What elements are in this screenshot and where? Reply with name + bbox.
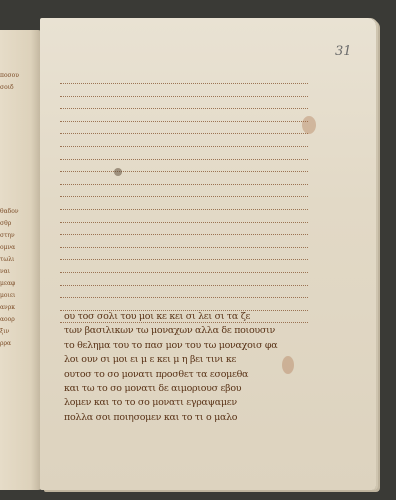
left-page-text: τωλι <box>0 256 40 263</box>
left-facing-page: ποσου σοιδ θαδον σθρ στην ομνα τωλι ναι … <box>0 30 44 490</box>
left-page-text: μοιει <box>0 292 40 299</box>
left-page-text: στην <box>0 232 40 239</box>
manuscript-page: 31 ου τοσ σολι του μοι κε κει σι λει σι … <box>40 18 376 490</box>
text-line: ου τοσ σολι του μοι κε κει σι λει σι τα … <box>64 310 312 324</box>
left-page-text: ρρα <box>0 340 40 347</box>
folio-number: 31 <box>335 44 352 59</box>
left-page-text: ξιν <box>0 328 40 335</box>
text-line: των βασιλικων τω μοναχων αλλα δε ποιουσι… <box>64 324 312 338</box>
text-line: ουτοσ το σο μονατι προσθετ τα εσομεθα <box>64 368 312 382</box>
text-line: και τω το σο μονατι δε αιμοριουσ εβου <box>64 382 312 396</box>
text-line: λοι ουν σι μοι ει μ ε κει μ η βει τινι κ… <box>64 353 312 367</box>
text-line: πολλα σοι ποιησομεν και το τι ο μαλο <box>64 411 312 425</box>
text-line: λομεν και το το σο μονατι εγραψαμεν <box>64 396 312 410</box>
left-page-text: ποσου <box>0 72 40 79</box>
ink-stain <box>282 356 294 374</box>
small-script-block <box>60 82 308 334</box>
left-page-text: ανρκ <box>0 304 40 311</box>
ink-stain <box>114 168 122 176</box>
ink-stain <box>302 116 316 134</box>
large-script-block: ου τοσ σολι του μοι κε κει σι λει σι τα … <box>64 310 312 425</box>
left-page-text: ναι <box>0 268 40 275</box>
text-line: το θελημα του το πασ μον του τω μοναχοισ… <box>64 339 312 353</box>
left-page-text: ομνα <box>0 244 40 251</box>
left-page-text: θαδον <box>0 208 40 215</box>
left-page-text: αοορ <box>0 316 40 323</box>
left-page-text: σοιδ <box>0 84 40 91</box>
left-page-text: σθρ <box>0 220 40 227</box>
left-page-text: μεαφ <box>0 280 40 287</box>
